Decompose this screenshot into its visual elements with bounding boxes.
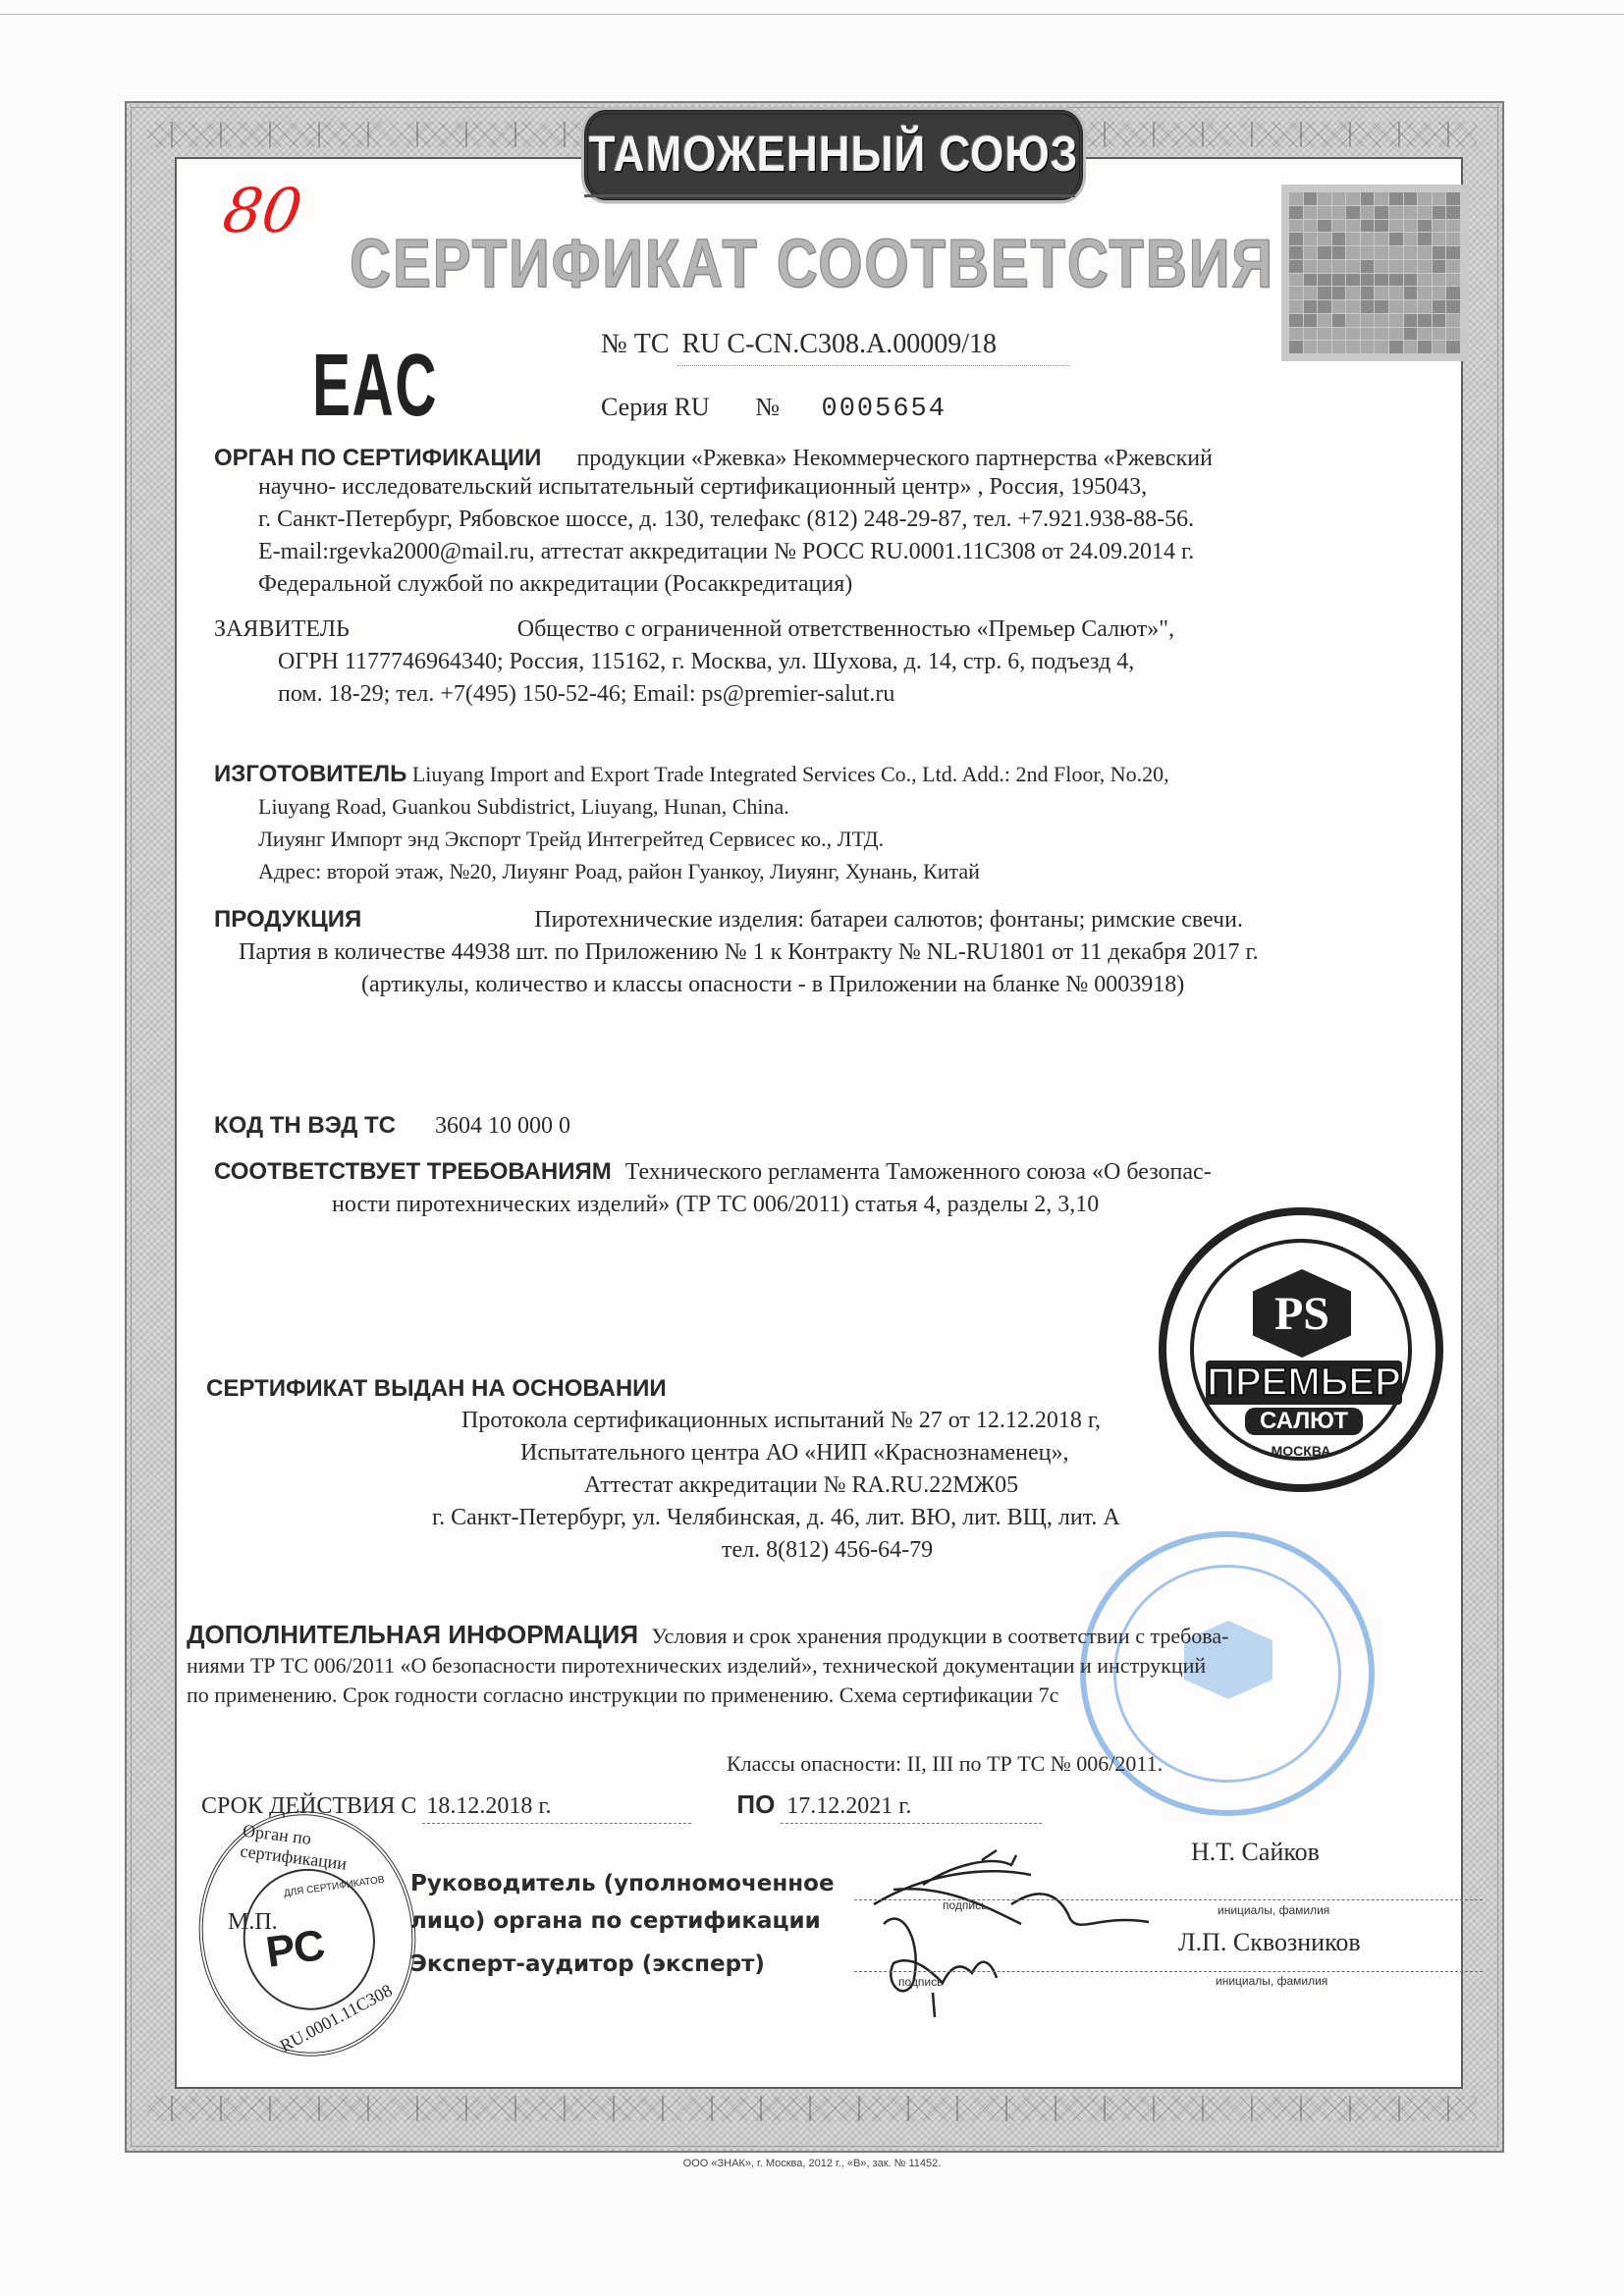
- product-section: ПРОДУКЦИЯ Пиротехнические изделия: батар…: [214, 903, 1490, 1001]
- head-name: Н.Т. Сайков: [1191, 1836, 1320, 1868]
- certificate-number-rule: [677, 365, 1070, 366]
- additional-info-line2: ниями ТР ТС 006/2011 «О безопасности пир…: [187, 1651, 1502, 1681]
- border-pattern-bottom: [147, 2096, 1477, 2121]
- validity-from: 18.12.2018 г.: [422, 1790, 691, 1824]
- head-role-line2: лицо) органа по сертификации: [410, 1902, 842, 1940]
- expert-signature-caption: подпись: [898, 1975, 943, 1989]
- certification-body-line3: г. Санкт-Петербург, Рябовское шоссе, д. …: [214, 504, 1490, 536]
- certification-body-section: ОРГАН ПО СЕРТИФИКАЦИИ продукции «Ржевка»…: [214, 442, 1490, 601]
- validity-to-label: ПО: [736, 1789, 775, 1819]
- series-no-label: №: [755, 393, 780, 421]
- certification-body-label: ОРГАН ПО СЕРТИФИКАЦИИ: [214, 445, 541, 471]
- ps-logo-icon: PS: [1253, 1269, 1351, 1358]
- certification-body-line1: продукции «Ржевка» Некоммерческого партн…: [576, 446, 1213, 471]
- expert-name-caption: инициалы, фамилия: [1216, 1974, 1327, 1988]
- manufacturer-section: ИЗГОТОВИТЕЛЬ Liuyang Import and Export T…: [214, 758, 1510, 887]
- manufacturer-line1: Liuyang Import and Export Trade Integrat…: [412, 762, 1169, 786]
- basis-line3: Аттестат аккредитации № RA.RU.22МЖ05: [206, 1469, 1286, 1502]
- basis-line2: Испытательного центра АО «НИП «Краснозна…: [206, 1437, 1286, 1469]
- basis-section: СЕРТИФИКАТ ВЫДАН НА ОСНОВАНИИ Протокола …: [206, 1372, 1286, 1567]
- validity-to: 17.12.2021 г.: [781, 1790, 1042, 1824]
- expert-name: Л.П. Сквозников: [1178, 1926, 1361, 1958]
- customs-union-badge: ТАМОЖЕННЫЙ СОЮЗ: [584, 110, 1083, 200]
- applicant-label: ЗАЯВИТЕЛЬ: [214, 616, 350, 642]
- expert-signature-icon: [864, 1904, 1011, 2022]
- compliance-line1: Технического регламента Таможенного союз…: [625, 1159, 1212, 1185]
- eac-logo-icon: EAC: [312, 334, 438, 437]
- printer-imprint: ООО «ЗНАК», г. Москва, 2012 г., «В», зак…: [0, 2158, 1624, 2169]
- additional-info-line3: по применению. Срок годности согласно ин…: [187, 1681, 1502, 1710]
- tn-ved-section: КОД ТН ВЭД ТС 3604 10 000 0: [214, 1109, 570, 1143]
- certificate-number: № ТС RU C-CN.C308.A.00009/18: [601, 329, 997, 360]
- validity-section: СРОК ДЕЙСТВИЯ С 18.12.2018 г. ПО 17.12.2…: [201, 1789, 1281, 1824]
- hazard-classes: Классы опасности: II, III по ТР ТС № 006…: [727, 1747, 1163, 1780]
- applicant-section: ЗАЯВИТЕЛЬ Общество с ограниченной ответс…: [214, 614, 1490, 711]
- certification-body-line5: Федеральной службой по аккредитации (Рос…: [214, 568, 1490, 601]
- expert-signature-rule: [854, 1971, 1483, 1972]
- tn-ved-value: 3604 10 000 0: [435, 1113, 570, 1139]
- applicant-line2: ОГРН 1177746964340; Россия, 115162, г. М…: [214, 646, 1490, 678]
- manufacturer-line3: Лиуянг Импорт энд Экспорт Трейд Интегрей…: [214, 823, 1510, 855]
- tn-ved-label: КОД ТН ВЭД ТС: [214, 1112, 396, 1139]
- series-label: Серия RU: [601, 393, 710, 421]
- series-number: Серия RU № 0005654: [601, 393, 947, 424]
- cert-stamp-inner-text: ДЛЯ СЕРТИФИКАТОВ: [283, 1875, 385, 1900]
- product-line2: Партия в количестве 44938 шт. по Приложе…: [214, 936, 1490, 969]
- product-line1: Пиротехнические изделия: батареи салютов…: [534, 907, 1243, 933]
- additional-info-label: ДОПОЛНИТЕЛЬНАЯ ИНФОРМАЦИЯ: [187, 1620, 638, 1649]
- series-number-value: 0005654: [822, 395, 947, 424]
- signatory-roles: Руководитель (уполномоченное лицо) орган…: [410, 1865, 842, 1983]
- basis-line1: Протокола сертификационных испытаний № 2…: [206, 1405, 1286, 1437]
- applicant-line3: пом. 18-29; тел. +7(495) 150-52-46; Emai…: [214, 678, 1490, 711]
- head-role-line1: Руководитель (уполномоченное: [410, 1865, 842, 1902]
- additional-info-line1: Условия и срок хранения продукции в соот…: [652, 1624, 1229, 1648]
- document-title: СЕРТИФИКАТ СООТВЕТСТВИЯ: [0, 224, 1624, 302]
- head-signature-caption: подпись: [943, 1898, 987, 1912]
- expert-role: Эксперт-аудитор (эксперт): [410, 1946, 842, 1983]
- certification-body-line4: E-mail:rgevka2000@mail.ru, аттестат аккр…: [214, 536, 1490, 568]
- seal-label: М.П.: [228, 1906, 278, 1939]
- manufacturer-line4: Адрес: второй этаж, №20, Лиуянг Роад, ра…: [214, 855, 1510, 887]
- additional-info-section: ДОПОЛНИТЕЛЬНАЯ ИНФОРМАЦИЯ Условия и срок…: [187, 1620, 1502, 1710]
- product-label: ПРОДУКЦИЯ: [214, 906, 361, 933]
- scan-edge-line: [0, 14, 1624, 15]
- basis-label: СЕРТИФИКАТ ВЫДАН НА ОСНОВАНИИ: [206, 1372, 1286, 1405]
- basis-line4: г. Санкт-Петербург, ул. Челябинская, д. …: [206, 1502, 1286, 1534]
- certificate-number-value: RU C-CN.C308.A.00009/18: [682, 329, 997, 359]
- basis-line5: тел. 8(812) 456-64-79: [206, 1534, 1286, 1567]
- badge-underline: [584, 194, 1075, 197]
- product-line3: (артикулы, количество и классы опасности…: [214, 969, 1490, 1001]
- applicant-line1: Общество с ограниченной ответственностью…: [517, 616, 1174, 642]
- manufacturer-line2: Liuyang Road, Guankou Subdistrict, Liuya…: [214, 790, 1510, 823]
- manufacturer-label: ИЗГОТОВИТЕЛЬ: [214, 761, 406, 787]
- head-name-caption: инициалы, фамилия: [1218, 1903, 1329, 1917]
- certification-body-line2: научно- исследовательский испытательный …: [214, 471, 1490, 504]
- certificate-number-label: № ТС: [601, 329, 670, 359]
- compliance-label: СООТВЕТСТВУЕТ ТРЕБОВАНИЯМ: [214, 1158, 612, 1185]
